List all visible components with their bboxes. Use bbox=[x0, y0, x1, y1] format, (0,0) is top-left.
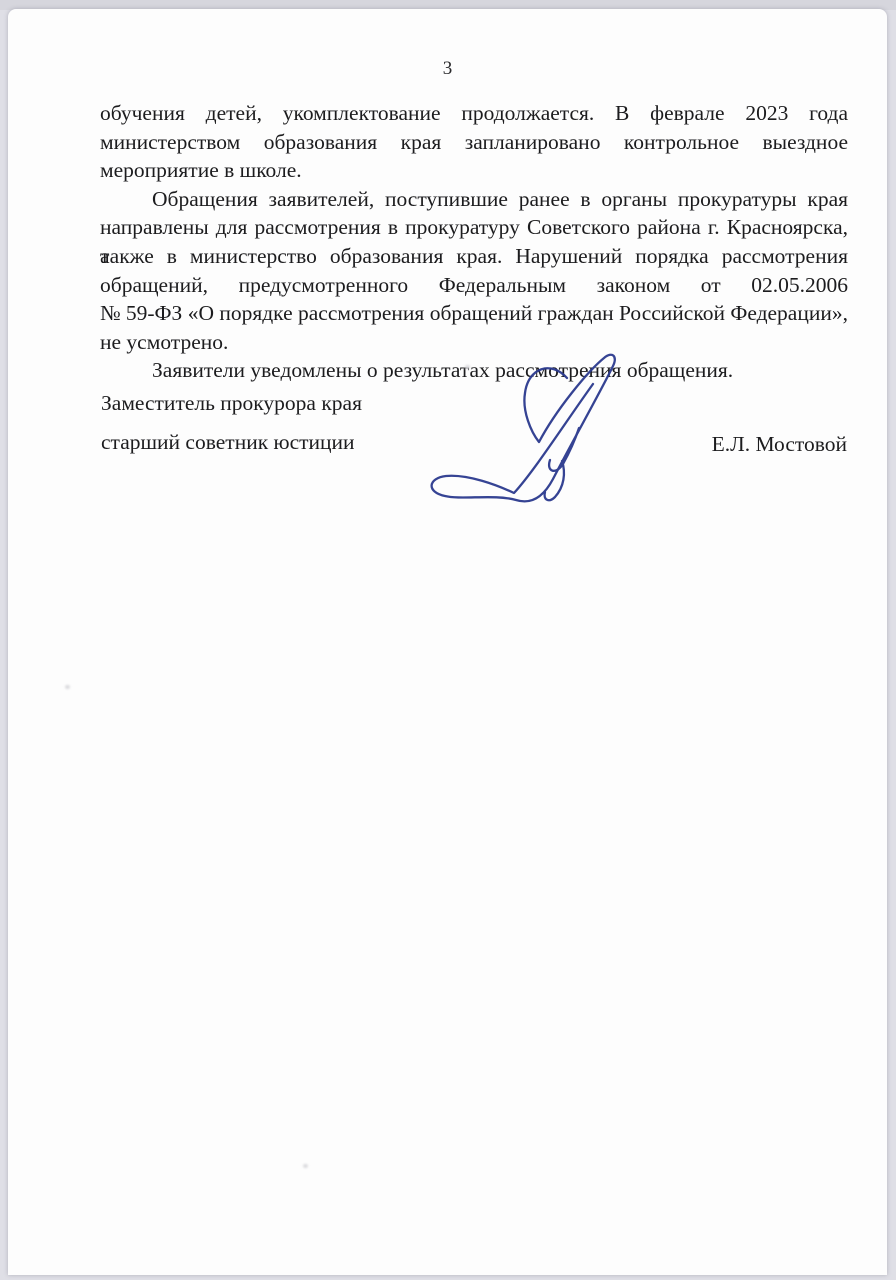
document-page: 3 обучения детей, укомплектование продол… bbox=[8, 9, 887, 1275]
signer-name: Е.Л. Мостовой bbox=[712, 432, 847, 457]
text-line: № 59-ФЗ «О порядке рассмотрения обращени… bbox=[100, 299, 848, 328]
text-line: обращений, предусмотренного Федеральным … bbox=[100, 271, 848, 300]
signature-ink bbox=[415, 348, 635, 518]
text-line: министерством образования края запланиро… bbox=[100, 128, 848, 157]
scan-dust-speck bbox=[303, 1164, 308, 1168]
text-line: Обращения заявителей, поступившие ранее … bbox=[100, 185, 848, 214]
signer-position-line-1: Заместитель прокурора края bbox=[101, 391, 362, 416]
text-line: направлены для рассмотрения в прокуратур… bbox=[100, 213, 848, 242]
scanned-document-viewer: { "document": { "page_number": "3", "tex… bbox=[0, 0, 896, 1280]
page-number: 3 bbox=[8, 58, 887, 80]
scan-dust-speck bbox=[465, 365, 470, 369]
text-line: также в министерство образования края. Н… bbox=[100, 242, 848, 271]
text-line: обучения детей, укомплектование продолжа… bbox=[100, 99, 848, 128]
body-text: обучения детей, укомплектование продолжа… bbox=[100, 99, 848, 385]
scan-dust-speck bbox=[65, 685, 70, 689]
text-line: мероприятие в школе. bbox=[100, 156, 848, 185]
signer-position-line-2: старший советник юстиции bbox=[101, 430, 355, 455]
